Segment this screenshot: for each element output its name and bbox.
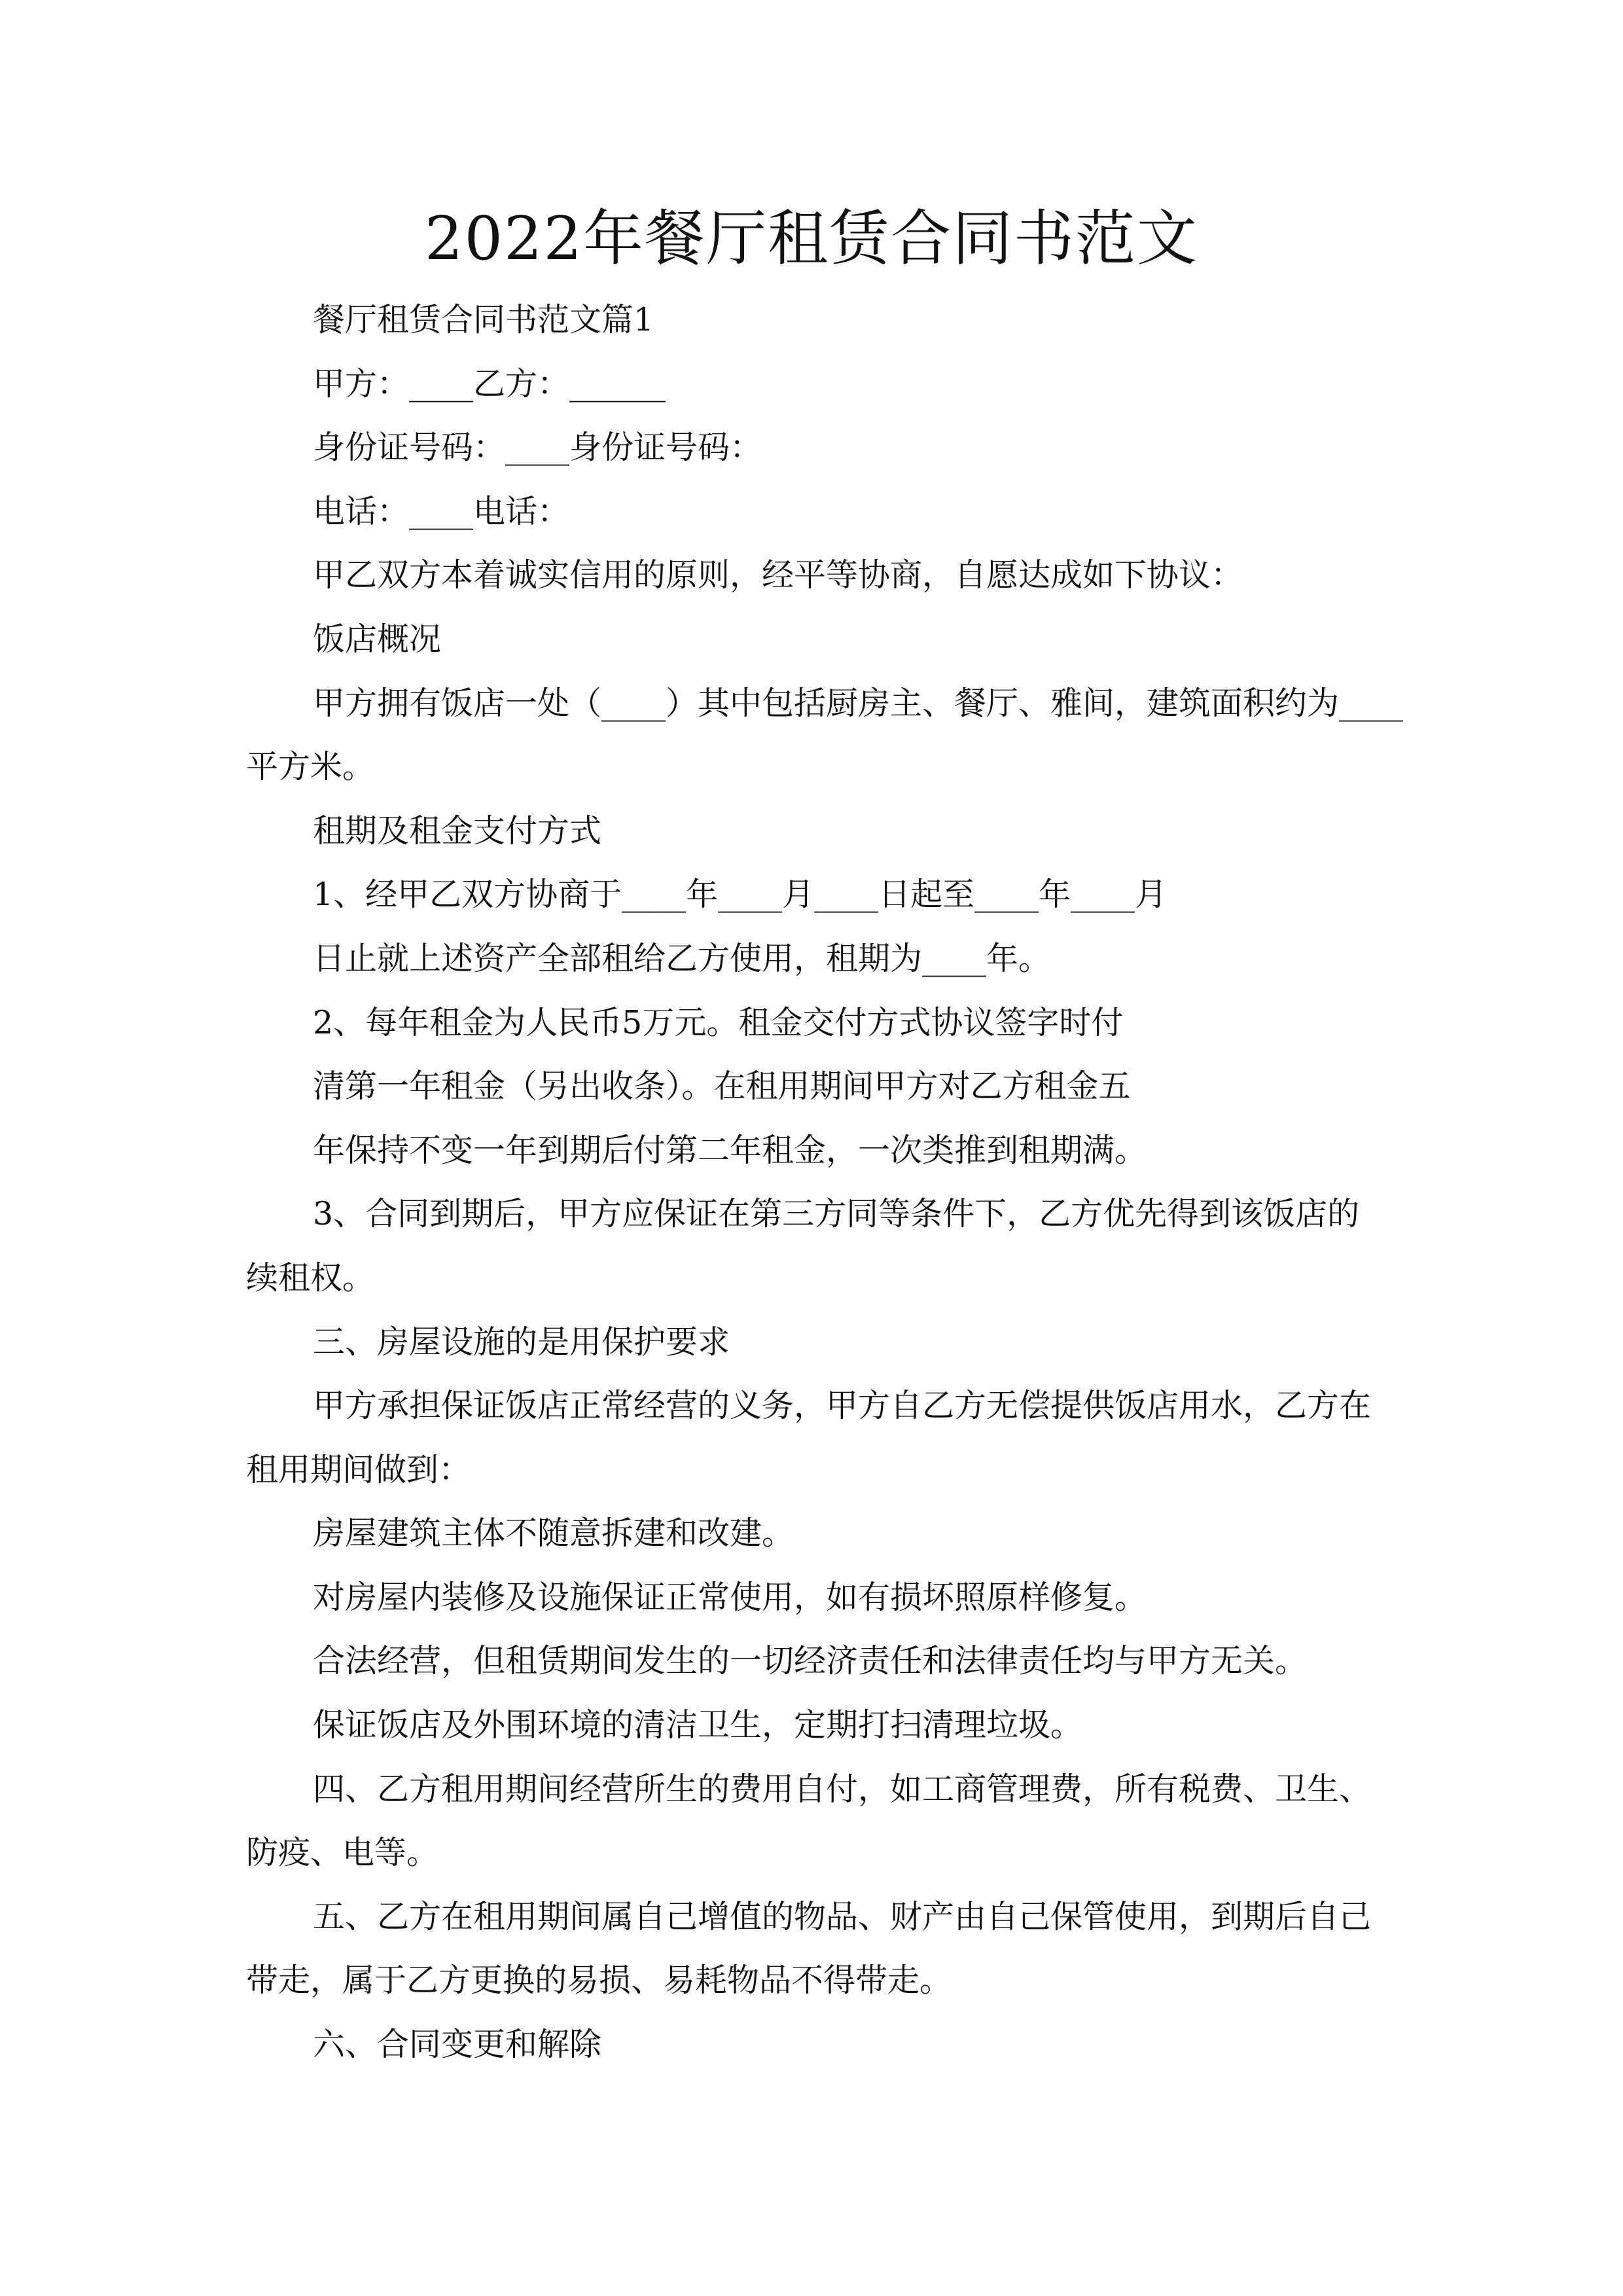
paragraph-line: 清第一年租金（另出收条）。在租用期间甲方对乙方租金五 bbox=[246, 1054, 1385, 1119]
subheading-lease-term: 租期及租金支付方式 bbox=[246, 799, 1385, 863]
paragraph-line: 保证饭店及外围环境的清洁卫生，定期打扫清理垃圾。 bbox=[246, 1693, 1385, 1757]
paragraph-line: 平方米。 bbox=[246, 735, 1385, 799]
paragraph-line: 年保持不变一年到期后付第二年租金，一次类推到租期满。 bbox=[246, 1119, 1385, 1183]
section-heading: 餐厅租赁合同书范文篇1 bbox=[246, 288, 1385, 352]
id-number-line: 身份证号码：____身份证号码： bbox=[246, 416, 1385, 480]
paragraph-line: 甲方承担保证饭店正常经营的义务，甲方自乙方无偿提供饭店用水，乙方在 bbox=[246, 1374, 1385, 1438]
agreement-intro: 甲乙双方本着诚实信用的原则，经平等协商，自愿达成如下协议： bbox=[246, 543, 1385, 607]
paragraph-line: 四、乙方租用期间经营所生的费用自付，如工商管理费，所有税费、卫生、 bbox=[246, 1757, 1385, 1821]
paragraph-line: 五、乙方在租用期间属自己增值的物品、财产由自己保管使用，到期后自己 bbox=[246, 1885, 1385, 1949]
document-page: 2022年餐厅租赁合同书范文 餐厅租赁合同书范文篇1 甲方：____乙方：___… bbox=[0, 0, 1623, 2296]
paragraph-line: 房屋建筑主体不随意拆建和改建。 bbox=[246, 1501, 1385, 1566]
paragraph-line: 带走，属于乙方更换的易损、易耗物品不得带走。 bbox=[246, 1948, 1385, 2013]
subheading-restaurant-overview: 饭店概况 bbox=[246, 607, 1385, 672]
paragraph-line: 防疫、电等。 bbox=[246, 1821, 1385, 1885]
subheading-contract-change: 六、合同变更和解除 bbox=[246, 2013, 1385, 2077]
paragraph-line: 对房屋内装修及设施保证正常使用，如有损坏照原样修复。 bbox=[246, 1566, 1385, 1630]
document-body: 餐厅租赁合同书范文篇1 甲方：____乙方：______ 身份证号码：____身… bbox=[246, 288, 1385, 2077]
party-names-line: 甲方：____乙方：______ bbox=[246, 352, 1385, 416]
paragraph-line: 租用期间做到： bbox=[246, 1438, 1385, 1502]
paragraph-line: 合法经营，但租赁期间发生的一切经济责任和法律责任均与甲方无关。 bbox=[246, 1629, 1385, 1693]
paragraph-line: 甲方拥有饭店一处（____）其中包括厨房主、餐厅、雅间，建筑面积约为____ bbox=[246, 672, 1385, 736]
paragraph-line: 1、经甲乙双方协商于____年____月____日起至____年____月 bbox=[246, 863, 1385, 927]
subheading-facility-protection: 三、房屋设施的是用保护要求 bbox=[246, 1310, 1385, 1374]
paragraph-line: 日止就上述资产全部租给乙方使用，租期为____年。 bbox=[246, 927, 1385, 991]
paragraph-line: 2、每年租金为人民币5万元。租金交付方式协议签字时付 bbox=[246, 991, 1385, 1055]
phone-line: 电话：____电话： bbox=[246, 480, 1385, 544]
paragraph-line: 3、合同到期后，甲方应保证在第三方同等条件下，乙方优先得到该饭店的 bbox=[246, 1182, 1385, 1246]
document-title: 2022年餐厅租赁合同书范文 bbox=[0, 196, 1623, 281]
paragraph-line: 续租权。 bbox=[246, 1246, 1385, 1310]
